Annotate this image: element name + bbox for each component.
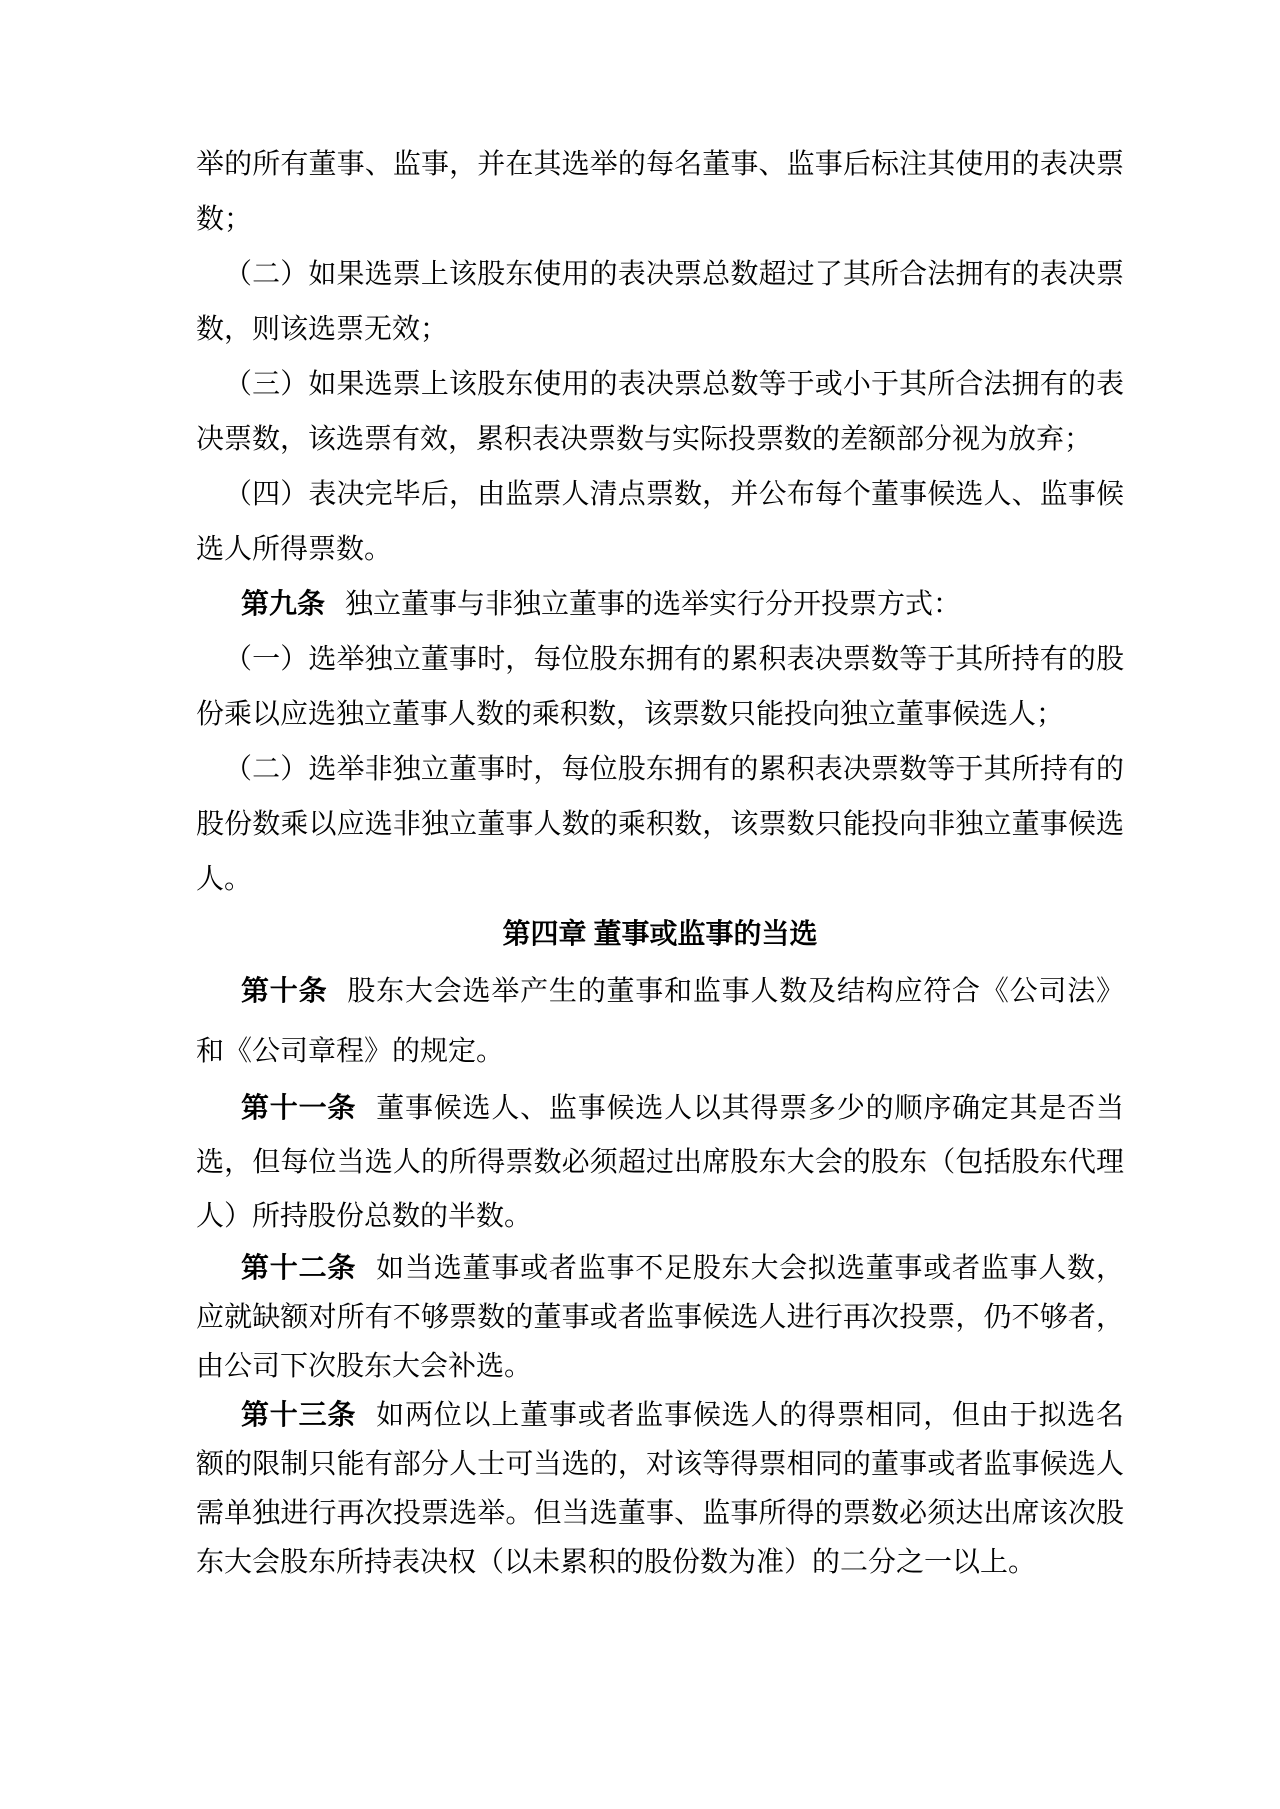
clause-item-1: （一）选举独立董事时，每位股东拥有的累积表决票数等于其所持有的股份乘以应选独立董… xyxy=(196,632,1124,742)
clause-item-2: （二）如果选票上该股东使用的表决票总数超过了其所合法拥有的表决票数，则该选票无效… xyxy=(196,247,1124,357)
article-12: 第十二条如当选董事或者监事不足股东大会拟选董事或者监事人数，应就缺额对所有不够票… xyxy=(196,1244,1124,1391)
article-12-label: 第十二条 xyxy=(241,1253,356,1284)
article-11: 第十一条董事候选人、监事候选人以其得票多少的顺序确定其是否当选，但每位当选人的所… xyxy=(196,1082,1124,1244)
article-13: 第十三条如两位以上董事或者监事候选人的得票相同，但由于拟选名额的限制只能有部分人… xyxy=(196,1391,1124,1587)
paragraph-continuation: 举的所有董事、监事，并在其选举的每名董事、监事后标注其使用的表决票数； xyxy=(196,137,1124,247)
document-content: 举的所有董事、监事，并在其选举的每名董事、监事后标注其使用的表决票数； （二）如… xyxy=(196,137,1124,1587)
article-9: 第九条独立董事与非独立董事的选举实行分开投票方式： xyxy=(196,577,1124,632)
article-11-label: 第十一条 xyxy=(241,1093,356,1124)
article-10-text: 股东大会选举产生的董事和监事人数及结构应符合《公司法》和《公司章程》的规定。 xyxy=(196,976,1124,1067)
document-page: 举的所有董事、监事，并在其选举的每名董事、监事后标注其使用的表决票数； （二）如… xyxy=(0,0,1280,1809)
article-9-label: 第九条 xyxy=(241,589,325,620)
clause-item-2b: （二）选举非独立董事时，每位股东拥有的累积表决票数等于其所持有的股份数乘以应选非… xyxy=(196,742,1124,907)
article-13-label: 第十三条 xyxy=(241,1400,356,1431)
chapter-heading: 第四章 董事或监事的当选 xyxy=(196,907,1124,962)
article-10-label: 第十条 xyxy=(241,976,327,1007)
article-10: 第十条股东大会选举产生的董事和监事人数及结构应符合《公司法》和《公司章程》的规定… xyxy=(196,962,1124,1082)
clause-item-3: （三）如果选票上该股东使用的表决票总数等于或小于其所合法拥有的表决票数，该选票有… xyxy=(196,357,1124,467)
article-9-text: 独立董事与非独立董事的选举实行分开投票方式： xyxy=(345,589,961,620)
clause-item-4: （四）表决完毕后，由监票人清点票数，并公布每个董事候选人、监事候选人所得票数。 xyxy=(196,467,1124,577)
